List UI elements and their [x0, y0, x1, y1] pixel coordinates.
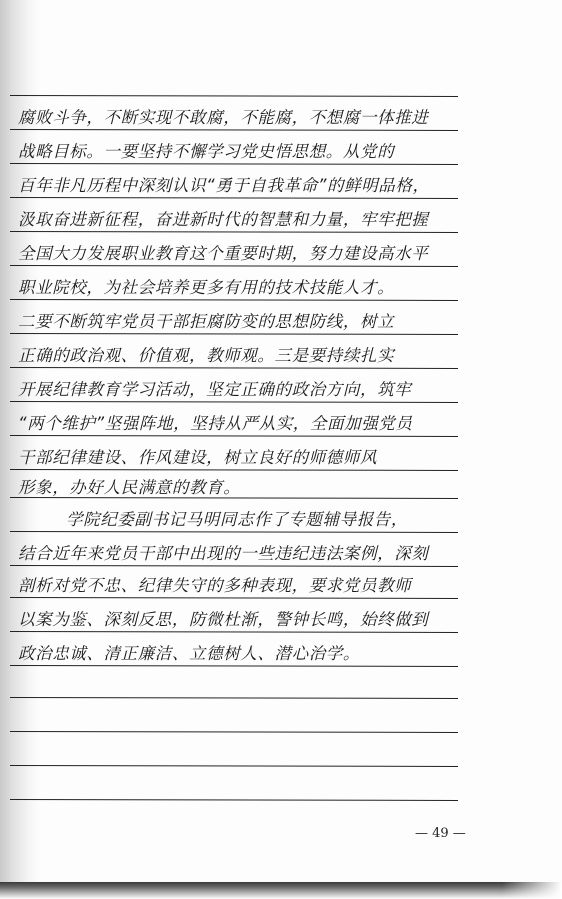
- ruled-line: [10, 95, 458, 97]
- text-line: 汲取奋进新征程，奋进新时代的智慧和力量，牢牢把握: [18, 209, 468, 231]
- paragraph-start-line: 学院纪委副书记马明同志作了专题辅导报告，: [18, 509, 516, 531]
- ruled-line: [10, 231, 458, 233]
- text-line: 干部纪律建设、作风建设，树立良好的师德师风: [18, 447, 468, 469]
- ruled-line: [10, 469, 458, 471]
- text-line: 政治忠诚、清正廉洁、立德树人、潜心治学。: [18, 643, 468, 665]
- ruled-line: [10, 367, 458, 369]
- text-line: 正确的政治观、价值观，教师观。三是要持续扎实: [18, 345, 468, 367]
- ruled-line: [10, 197, 458, 199]
- ruled-line: [10, 129, 458, 131]
- ruled-line: [10, 401, 458, 403]
- ruled-line: [10, 731, 458, 733]
- ruled-line: [10, 265, 458, 267]
- notebook-page: 腐败斗争，不断实现不敢腐，不能腐，不想腐一体推进 战略目标。一要坚持不懈学习党史…: [0, 0, 562, 882]
- ruled-line: [10, 299, 458, 301]
- text-line: 腐败斗争，不断实现不敢腐，不能腐，不想腐一体推进: [18, 107, 468, 129]
- binding-shadow: [0, 0, 40, 882]
- ruled-line: [10, 565, 458, 567]
- text-line: 剖析对党不忠、纪律失守的多种表现，要求党员教师: [18, 575, 468, 597]
- text-line: “两个维护”坚强阵地，坚持从严从实，全面加强党员: [18, 413, 468, 435]
- ruled-line: [10, 163, 458, 165]
- text-line: 全国大力发展职业教育这个重要时期，努力建设高水平: [18, 243, 468, 265]
- ruled-line: [10, 435, 458, 437]
- text-line: 形象，办好人民满意的教育。: [18, 477, 468, 499]
- ruled-line: [10, 665, 458, 667]
- text-line: 百年非凡历程中深刻认识“勇于自我革命”的鲜明品格，: [18, 175, 468, 197]
- page-bottom-edge: [0, 882, 562, 899]
- text-line: 战略目标。一要坚持不懈学习党史悟思想。从党的: [18, 141, 468, 163]
- ruled-line: [10, 597, 458, 599]
- text-line: 二要不断筑牢党员干部拒腐防变的思想防线，树立: [18, 311, 468, 333]
- ruled-line: [10, 799, 458, 801]
- ruled-line: [10, 697, 458, 699]
- ruled-line: [10, 333, 458, 335]
- text-line: 结合近年来党员干部中出现的一些违纪违法案例，深刻: [18, 543, 468, 565]
- ruled-line: [10, 631, 458, 633]
- text-line: 职业院校，为社会培养更多有用的技术技能人才。: [18, 277, 468, 299]
- text-line: 以案为鉴、深刻反思，防微杜渐，警钟长鸣，始终做到: [18, 609, 468, 631]
- ruled-line: [10, 531, 458, 533]
- ruled-line: [10, 765, 458, 767]
- page-number: — 49 —: [415, 826, 466, 841]
- text-line: 开展纪律教育学习活动，坚定正确的政治方向，筑牢: [18, 379, 468, 401]
